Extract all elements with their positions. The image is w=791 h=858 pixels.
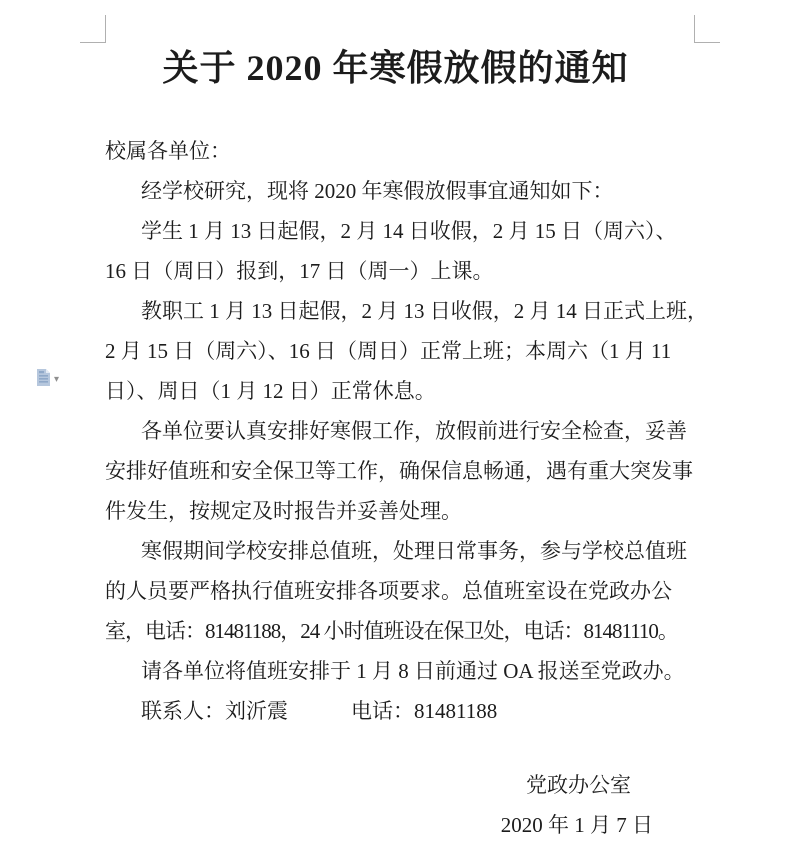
dropdown-arrow-icon: ▾ <box>54 375 59 385</box>
body-line: 日）、周日（1 月 12 日）正常休息。 <box>105 371 695 411</box>
signature-date: 2020 年 1 月 7 日 <box>105 805 695 845</box>
body-line: 寒假期间学校安排总值班，处理日常事务，参与学校总值班 <box>105 531 695 571</box>
body-line: 2 月 15 日（周六）、16 日（周日）正常上班；本周六（1 月 11 <box>105 331 695 371</box>
body-line: 经学校研究，现将 2020 年寒假放假事宜通知如下： <box>105 171 695 211</box>
body-line: 件发生，按规定及时报告并妥善处理。 <box>105 491 695 531</box>
page-corner-mark-top-left <box>80 15 106 43</box>
body-line: 的人员要严格执行值班安排各项要求。总值班室设在党政办公 <box>105 571 695 611</box>
paste-options-button[interactable]: ▾ <box>36 368 59 392</box>
body-line: 安排好值班和安全保卫等工作，确保信息畅通，遇有重大突发事 <box>105 451 695 491</box>
body-line: 学生 1 月 13 日起假，2 月 14 日收假，2 月 15 日（周六）、 <box>105 211 695 251</box>
document-title: 关于 2020 年寒假放假的通知 <box>0 40 791 91</box>
document-page-icon <box>36 368 51 392</box>
body-line: 教职工 1 月 13 日起假，2 月 13 日收假，2 月 14 日正式上班， <box>105 291 695 331</box>
body-line: 联系人：刘沂震 电话：81481188 <box>105 691 695 731</box>
signature-office: 党政办公室 <box>105 765 695 805</box>
body-line: 室，电话：81481188，24 小时值班设在保卫处，电话：81481110。 <box>105 611 695 651</box>
body-line: 各单位要认真安排好寒假工作，放假前进行安全检查，妥善 <box>105 411 695 451</box>
body-line: 16 日（周日）报到，17 日（周一）上课。 <box>105 251 695 291</box>
signature-block: 党政办公室 2020 年 1 月 7 日 <box>105 765 695 845</box>
body-line: 校属各单位： <box>105 131 695 171</box>
document-body: 校属各单位： 经学校研究，现将 2020 年寒假放假事宜通知如下： 学生 1 月… <box>105 131 695 731</box>
body-line: 请各单位将值班安排于 1 月 8 日前通过 OA 报送至党政办。 <box>105 651 695 691</box>
page-corner-mark-top-right <box>694 15 720 43</box>
